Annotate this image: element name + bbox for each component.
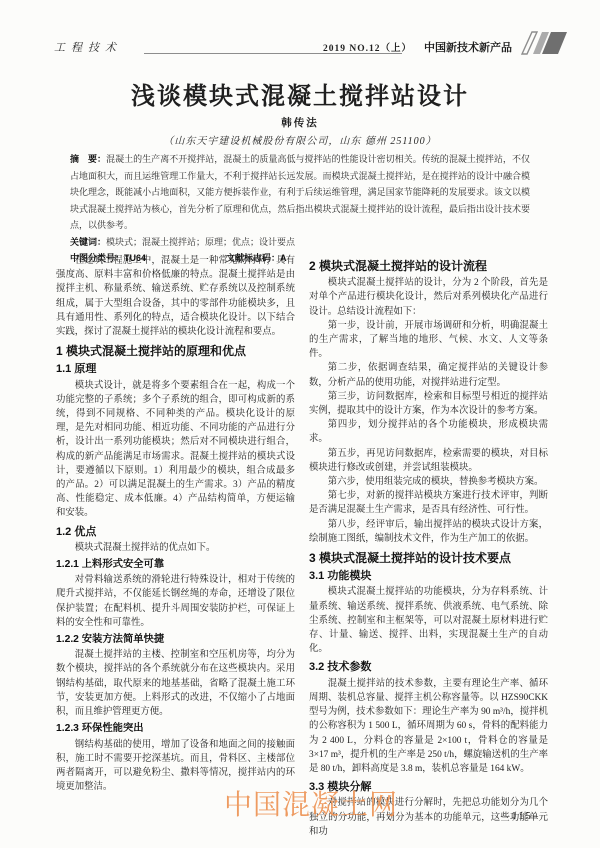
paragraph: 第五步，再见访问数据库，检索需要的模块，对目标模块进行修改或创建，并尝试组装模块…	[309, 447, 548, 475]
paragraph: 第四步，划分搅拌站的各个功能模块，形成模块需求。	[309, 418, 548, 446]
paragraph: 模块式混凝土搅拌站的优点如下。	[56, 541, 295, 555]
paragraph: 第一步，设计前，开展市场调研和分析，明确混凝土的生产需求，了解当地的地形、气候、…	[309, 319, 548, 362]
abstract-text: 混凝土的生产离不开搅拌站，混凝土的质量高低与搅拌站的性能设计密切相关。传统的混凝…	[70, 154, 530, 230]
header-section-label: 工程技术	[54, 39, 122, 55]
abstract-label: 摘 要：	[70, 154, 106, 164]
paragraph: 第七步，对新的搅拌站模块方案进行技术评审，判断是否满足混凝土生产需求，是否具有经…	[309, 489, 548, 517]
paragraph: 模块式设计，就是将多个要素组合在一起，构成一个功能完整的子系统；多个子系统的组合…	[56, 379, 295, 521]
section-heading: 1.2.2 安装方法简单快捷	[56, 633, 295, 647]
article-affiliation: （山东天宇建设机械股份有限公司，山东 德州 251100）	[0, 132, 600, 147]
paragraph: 第三步，访问数据库，检索和目标型号相近的搅拌站实例，提取其中的设计方案，作为本次…	[309, 390, 548, 418]
paragraph: 模块式混凝土搅拌站的功能模块，分为存料系统、计量系统、输送系统、搅拌系统、供液系…	[309, 585, 548, 656]
paragraph: 对骨料输送系统的滑轮进行特殊设计，相对于传统的爬升式搅拌站，不仅能延长钢丝绳的寿…	[56, 573, 295, 630]
paragraph: 第二步，依据调查结果，确定搅拌站的关键设计参数，分析产品的使用功能，对搅拌站进行…	[309, 361, 548, 389]
issue-number: 2019 NO.12（上）	[323, 44, 412, 54]
paragraph: 混凝土搅拌站的技术参数，主要有理论生产率、循环周期、装机总容量、搅拌主机公称容量…	[309, 677, 548, 776]
section-heading: 3.1 功能模块	[309, 569, 548, 583]
section-heading: 3.2 技术参数	[309, 660, 548, 674]
paragraph: 混凝土搅拌站的主楼、控制室和空压机房等，均分为数个模块，搅拌站的各个系统就分布在…	[56, 648, 295, 719]
keywords-text: 模块式；混凝土搅拌站；原理；优点；设计要点	[106, 237, 295, 247]
article-title: 浅谈模块式混凝土搅拌站设计	[0, 76, 600, 111]
journal-name: 中国新技术新产品	[424, 42, 512, 54]
right-column: 2 模块式混凝土搅拌站的设计流程模块式混凝土搅拌站的设计，分为 2 个阶段，首先…	[309, 254, 548, 839]
keywords-label: 关键词：	[70, 237, 106, 247]
article-meta: 摘 要：混凝土的生产离不开搅拌站，混凝土的质量高低与搅拌站的性能设计密切相关。传…	[70, 151, 530, 267]
section-heading: 3 模块式混凝土搅拌站的设计技术要点	[309, 551, 548, 565]
keywords: 关键词：模块式；混凝土搅拌站；原理；优点；设计要点	[70, 234, 530, 251]
article-author: 韩传法	[0, 115, 600, 130]
paragraph: 在建筑工程施工中，混凝土是一种常见的材料，具有强度高、原料丰富和价格低廉的特点。…	[56, 254, 295, 339]
document-page: 工程技术 2019 NO.12（上）中国新技术新产品 浅谈模块式混凝土搅拌站设计…	[0, 0, 600, 848]
section-heading: 1 模块式混凝土搅拌站的原理和优点	[56, 344, 295, 358]
journal-logo-icon	[520, 30, 572, 56]
watermark: 中国混凝土网	[224, 783, 398, 823]
section-heading: 1.1 原理	[56, 362, 295, 376]
paragraph: 第八步，经评审后，输出搅拌站的模块式设计方案，绘制施工图纸，编制技术文件，作为生…	[309, 518, 548, 546]
paragraph: 第六步，使用组装完成的模块，替换参考模块方案。	[309, 475, 548, 489]
left-column: 在建筑工程施工中，混凝土是一种常见的材料，具有强度高、原料丰富和价格低廉的特点。…	[56, 254, 295, 839]
section-heading: 1.2 优点	[56, 525, 295, 539]
abstract: 摘 要：混凝土的生产离不开搅拌站，混凝土的质量高低与搅拌站的性能设计密切相关。传…	[70, 151, 530, 234]
article-body: 在建筑工程施工中，混凝土是一种常见的材料，具有强度高、原料丰富和价格低廉的特点。…	[56, 254, 548, 839]
header-journal-info: 2019 NO.12（上）中国新技术新产品	[323, 38, 512, 56]
section-heading: 1.2.3 环保性能突出	[56, 722, 295, 736]
page-number: –115–	[504, 811, 540, 822]
section-heading: 2 模块式混凝土搅拌站的设计流程	[309, 259, 548, 273]
paragraph: 模块式混凝土搅拌站的设计，分为 2 个阶段，首先是对单个产品进行模块化设计，然后…	[309, 276, 548, 319]
section-heading: 1.2.1 上料形式安全可靠	[56, 558, 295, 572]
